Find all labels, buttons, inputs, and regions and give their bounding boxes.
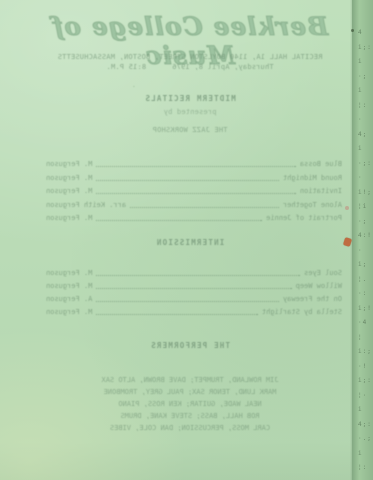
composer-credit: M. Ferguson: [46, 308, 92, 316]
performer-line: MARK LUND, TENOR SAX; PAUL GREY, TROMBON…: [8, 388, 372, 396]
date-line: Thursday, April 8, 1976 8:15 P.M.: [8, 63, 372, 71]
song-title: Portrait of Jennie: [266, 214, 342, 222]
time-text: 8:15 P.M.: [106, 63, 146, 71]
presented-by-line: presented by: [8, 108, 372, 116]
dotted-leader: [130, 207, 279, 208]
dotted-leader: [96, 275, 300, 276]
stray-ink-mark: .: [36, 81, 136, 89]
scanned-program-page: Berklee College of Music RECITAL HALL 1A…: [0, 0, 373, 480]
performer-line: NEAL WADE, GUITAR; KEN ROSS, PIANO: [8, 400, 372, 408]
intermission-heading: INTERMISSION: [8, 238, 372, 247]
program-row: Soul Eyes M. Ferguson: [46, 269, 342, 277]
performers-heading: THE PERFORMERS: [8, 341, 372, 350]
composer-credit: M. Ferguson: [46, 269, 92, 277]
song-title: Alone Together: [283, 201, 342, 209]
song-title: On the Freeway: [283, 295, 342, 303]
pink-speck: [345, 206, 349, 210]
song-title: Soul Eyes: [304, 269, 342, 277]
song-title: Invitation: [300, 187, 342, 195]
program-row: Portrait of Jennie M. Ferguson: [46, 214, 342, 222]
program-row: Alone Together arr. Keith Ferguson: [46, 201, 342, 209]
program-row: Stella by Starlight M. Ferguson: [46, 308, 342, 316]
song-title: Round Midnight: [283, 174, 342, 182]
song-title: Willow Weep: [296, 282, 342, 290]
dotted-leader: [96, 301, 279, 302]
dotted-leader: [96, 220, 262, 221]
venue-line: RECITAL HALL 1A, 1140 BOYLSTON STREET, B…: [8, 53, 372, 61]
performer-line: ROB HALL, BASS; STEVE KANE, DRUMS: [8, 412, 372, 420]
dotted-leader: [96, 314, 258, 315]
bleed-through-layer: Berklee College of Music RECITAL HALL 1A…: [8, 0, 372, 480]
college-logo-text: Berklee College of Music: [8, 12, 372, 70]
ensemble-line: THE JAZZ WORKSHOP: [8, 126, 372, 134]
composer-credit: M. Ferguson: [46, 214, 92, 222]
composer-credit: M. Ferguson: [46, 174, 92, 182]
song-title: Blue Bossa: [300, 160, 342, 168]
composer-credit: M. Ferguson: [46, 187, 92, 195]
dotted-leader: [96, 166, 295, 167]
composer-credit: arr. Keith Ferguson: [46, 201, 126, 209]
dark-speck: [351, 29, 354, 32]
performer-line: JIM ROWLAND, TRUMPET; DAVE BROWN, ALTO S…: [8, 376, 372, 384]
program-row: On the Freeway A. Ferguson: [46, 295, 342, 303]
dotted-leader: [96, 193, 295, 194]
composer-credit: A. Ferguson: [46, 295, 92, 303]
program-row: Blue Bossa M. Ferguson: [46, 160, 342, 168]
song-title: Stella by Starlight: [262, 308, 342, 316]
composer-credit: M. Ferguson: [46, 160, 92, 168]
date-text: Thursday, April 8, 1976: [172, 63, 274, 71]
program-row: Round Midnight M. Ferguson: [46, 174, 342, 182]
dotted-leader: [96, 288, 291, 289]
performer-line: CARL MOSS, PERCUSSION; DAN COLE, VIBES: [8, 424, 372, 432]
program-row: Invitation M. Ferguson: [46, 187, 342, 195]
dotted-leader: [96, 180, 279, 181]
recital-heading: MIDTERM RECITALS: [8, 94, 372, 103]
pencil-marks: 4i;:.!i·;i¦:·4;i·;:·i!;.:¦i·;4:!·i;¦.·:i…: [358, 26, 370, 466]
program-row: Willow Weep M. Ferguson: [46, 282, 342, 290]
composer-credit: M. Ferguson: [46, 282, 92, 290]
